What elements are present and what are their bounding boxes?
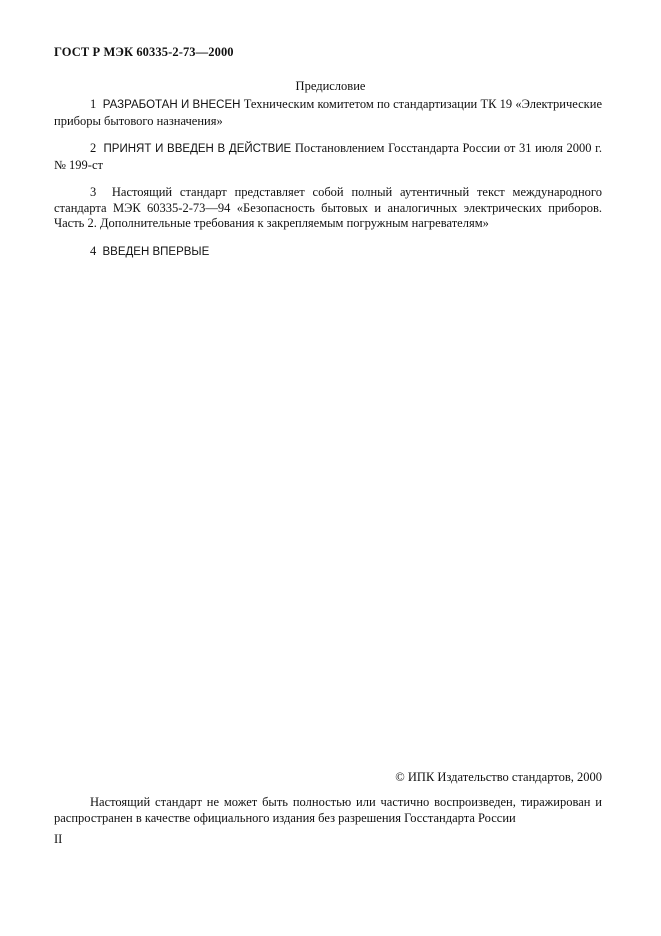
foreword-item-1: 1 РАЗРАБОТАН И ВНЕСЕН Техническим комите… <box>54 97 602 129</box>
foreword-item-4: 4 ВВЕДЕН ВПЕРВЫЕ <box>54 244 602 261</box>
foreword-item-2: 2 ПРИНЯТ И ВВЕДЕН В ДЕЙСТВИЕ Постановлен… <box>54 141 602 173</box>
item-number: 1 <box>90 97 96 111</box>
item-text: Настоящий стандарт представляет собой по… <box>54 185 602 230</box>
item-caps-heading: РАЗРАБОТАН И ВНЕСЕН <box>103 99 241 111</box>
standard-code-header: ГОСТ Р МЭК 60335-2-73—2000 <box>54 45 234 60</box>
item-caps-heading: ПРИНЯТ И ВВЕДЕН В ДЕЙСТВИЕ <box>104 143 292 155</box>
item-caps-heading: ВВЕДЕН ВПЕРВЫЕ <box>103 246 210 258</box>
copyright-line: © ИПК Издательство стандартов, 2000 <box>395 770 602 785</box>
item-number: 3 <box>90 185 96 199</box>
reproduction-notice: Настоящий стандарт не может быть полност… <box>54 795 602 826</box>
item-number: 2 <box>90 141 96 155</box>
item-number: 4 <box>90 244 96 258</box>
foreword-item-3: 3 Настоящий стандарт представляет собой … <box>54 185 602 232</box>
foreword-title: Предисловие <box>0 79 661 94</box>
page-number: II <box>54 832 62 847</box>
